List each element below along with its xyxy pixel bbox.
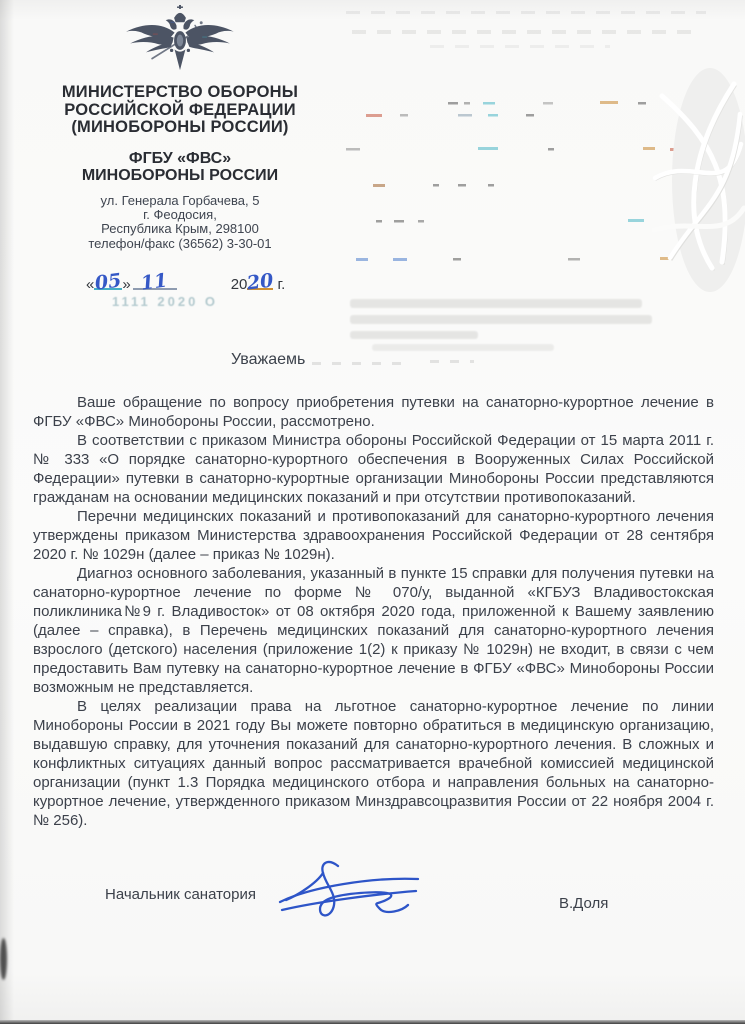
address-region-zip: Республика Крым, 298100 — [30, 222, 330, 236]
signer-name: В.Доля — [559, 895, 608, 912]
paragraph-1: Ваше обращение по вопросу приобретения п… — [33, 393, 714, 431]
scan-edge-shadow — [0, 0, 14, 1024]
faded-text-strip — [352, 30, 700, 34]
faded-text-bar — [372, 344, 554, 351]
erased-name-remnant — [430, 360, 474, 363]
year-suffix: г. — [278, 276, 286, 293]
scanned-letter-page: МИНИСТЕРСТВО ОБОРОНЫ РОССИЙСКОЙ ФЕДЕРАЦИ… — [0, 0, 745, 1024]
greeting-line: Уважаемь — [231, 351, 305, 369]
day-blank-field: 05 — [94, 272, 122, 290]
faded-text-bar — [350, 331, 478, 339]
year-prefix: 20 — [231, 276, 248, 293]
letterhead: МИНИСТЕРСТВО ОБОРОНЫ РОССИЙСКОЙ ФЕДЕРАЦИ… — [30, 84, 330, 251]
handwritten-year: 20 — [246, 269, 275, 294]
organization-line-1: ФГБУ «ФВС» — [30, 150, 330, 167]
organization-name: ФГБУ «ФВС» МИНОБОРОНЫ РОССИИ — [30, 150, 330, 184]
paragraph-2: В соответствии с приказом Министра оборо… — [33, 431, 714, 507]
letter-body: Ваше обращение по вопросу приобретения п… — [33, 393, 714, 830]
ministry-line-2: РОССИЙСКОЙ ФЕДЕРАЦИИ — [30, 102, 330, 120]
faded-text-strip — [346, 11, 706, 14]
address-city: г. Феодосия, — [30, 208, 330, 222]
scan-artifact-smudge — [0, 938, 7, 980]
signer-position-title: Начальник санатория — [105, 886, 256, 903]
quote-open: « — [86, 276, 94, 293]
address-phone: телефон/факс (36562) 3-30-01 — [30, 237, 330, 251]
paragraph-3: Перечни медицинских показаний и противоп… — [33, 507, 714, 564]
faded-outgoing-number: 1111 2020 О — [112, 294, 218, 309]
month-blank-field: 11 — [133, 272, 177, 290]
pen-scribble-redaction — [652, 58, 745, 302]
scan-edge-line — [0, 1020, 745, 1024]
mod-double-headed-eagle-emblem-icon — [122, 4, 238, 78]
quote-close: » — [122, 276, 130, 293]
ministry-name: МИНИСТЕРСТВО ОБОРОНЫ РОССИЙСКОЙ ФЕДЕРАЦИ… — [30, 84, 330, 137]
ministry-line-1: МИНИСТЕРСТВО ОБОРОНЫ — [30, 84, 330, 102]
year-blank-field: 20 — [247, 272, 273, 290]
organization-address: ул. Генерала Горбачева, 5 г. Феодосия, Р… — [30, 194, 330, 252]
erased-name-remnant — [312, 362, 404, 365]
handwritten-signature-icon — [276, 856, 426, 928]
handwritten-month: 11 — [140, 269, 169, 294]
paragraph-5: В целях реализации права на льготное сан… — [33, 697, 714, 830]
handwritten-day: 05 — [94, 269, 123, 294]
paragraph-4: Диагноз основного заболевания, указанный… — [33, 564, 714, 697]
faded-text-bar — [350, 315, 652, 324]
faded-text-bar — [350, 299, 642, 308]
greeting-text: Уважаемь — [231, 351, 305, 368]
date-line: «05»112020 г. — [86, 272, 285, 293]
faded-text-strip — [430, 45, 610, 48]
organization-line-2: МИНОБОРОНЫ РОССИИ — [30, 167, 330, 184]
ministry-line-3: (МИНОБОРОНЫ РОССИИ) — [30, 119, 330, 137]
address-street: ул. Генерала Горбачева, 5 — [30, 194, 330, 208]
